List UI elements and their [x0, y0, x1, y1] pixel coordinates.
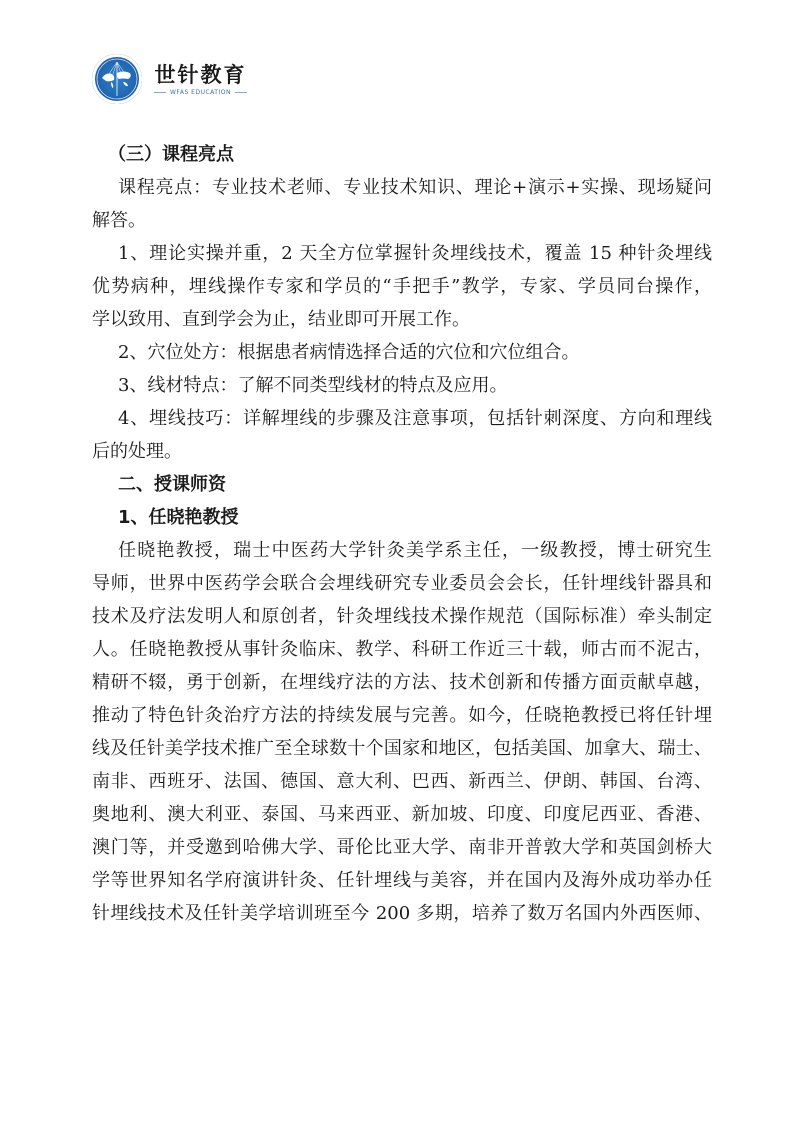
text-line: 课程亮点：专业技术老师、专业技术知识、理论+演示+实操、现场疑问 [92, 171, 712, 204]
text-line: 4、埋线技巧：详解埋线的步骤及注意事项，包括针刺深度、方向和理线 [92, 402, 712, 435]
text-line: 优势病种，埋线操作专家和学员的“手把手”教学，专家、学员同台操作， [92, 270, 712, 303]
teacher-bio-paragraph: 任晓艳教授，瑞士中医药大学针灸美学系主任，一级教授，博士研究生 导师，世界中医药… [92, 534, 712, 930]
text-line: 学以致用、直到学会为止，结业即可开展工作。 [92, 303, 712, 336]
document-body: （三）课程亮点 课程亮点：专业技术老师、专业技术知识、理论+演示+实操、现场疑问… [92, 138, 712, 930]
teacher-heading: 1、任晓艳教授 [92, 501, 712, 534]
text-line: 3、线材特点：了解不同类型线材的特点及应用。 [92, 369, 712, 402]
highlight-item-1: 1、理论实操并重，2 天全方位掌握针灸埋线技术，覆盖 15 种针灸埋线 优势病种… [92, 237, 712, 336]
text-line: 线及任针美学技术推广至全球数十个国家和地区，包括美国、加拿大、瑞士、 [92, 732, 712, 765]
text-line: 澳门等，并受邀到哈佛大学、哥伦比亚大学、南非开普敦大学和英国剑桥大 [92, 831, 712, 864]
text-line: 奥地利、澳大利亚、泰国、马来西亚、新加坡、印度、印度尼西亚、香港、 [92, 798, 712, 831]
text-line: 针埋线技术及任针美学培训班至今 200 多期，培养了数万名国内外西医师、 [92, 897, 712, 930]
text-line: 推动了特色针灸治疗方法的持续发展与完善。如今，任晓艳教授已将任针埋 [92, 699, 712, 732]
logo-text: 世针教育 WFAS EDUCATION [150, 63, 251, 96]
logo-chinese-name: 世针教育 [154, 63, 246, 87]
logo-english-name: WFAS EDUCATION [150, 89, 251, 96]
text-line: 任晓艳教授，瑞士中医药大学针灸美学系主任，一级教授，博士研究生 [92, 534, 712, 567]
text-line: 精研不辍，勇于创新，在埋线疗法的方法、技术创新和传播方面贡献卓越， [92, 666, 712, 699]
text-line: 后的处理。 [92, 435, 712, 468]
text-line: 南非、西班牙、法国、德国、意大利、巴西、新西兰、伊朗、韩国、台湾、 [92, 765, 712, 798]
text-line: 技术及疗法发明人和原创者，针灸埋线技术操作规范（国际标准）牵头制定 [92, 600, 712, 633]
text-line: 解答。 [92, 204, 712, 237]
text-line: 人。任晓艳教授从事针灸临床、教学、科研工作近三十载，师古而不泥古， [92, 633, 712, 666]
highlight-item-3: 3、线材特点：了解不同类型线材的特点及应用。 [92, 369, 712, 402]
globe-emblem-icon [92, 54, 142, 104]
highlights-intro-paragraph: 课程亮点：专业技术老师、专业技术知识、理论+演示+实操、现场疑问 解答。 [92, 171, 712, 237]
section-heading-highlights: （三）课程亮点 [92, 138, 712, 171]
text-line: 导师，世界中医药学会联合会埋线研究专业委员会会长，任针埋线针器具和 [92, 567, 712, 600]
logo: 世针教育 WFAS EDUCATION [92, 54, 251, 104]
text-line: 2、穴位处方：根据患者病情选择合适的穴位和穴位组合。 [92, 336, 712, 369]
text-line: 学等世界知名学府演讲针灸、任针埋线与美容，并在国内及海外成功举办任 [92, 864, 712, 897]
text-line: 1、理论实操并重，2 天全方位掌握针灸埋线技术，覆盖 15 种针灸埋线 [92, 237, 712, 270]
section-heading-faculty: 二、授课师资 [92, 468, 712, 501]
highlight-item-4: 4、埋线技巧：详解埋线的步骤及注意事项，包括针刺深度、方向和理线 后的处理。 [92, 402, 712, 468]
highlight-item-2: 2、穴位处方：根据患者病情选择合适的穴位和穴位组合。 [92, 336, 712, 369]
